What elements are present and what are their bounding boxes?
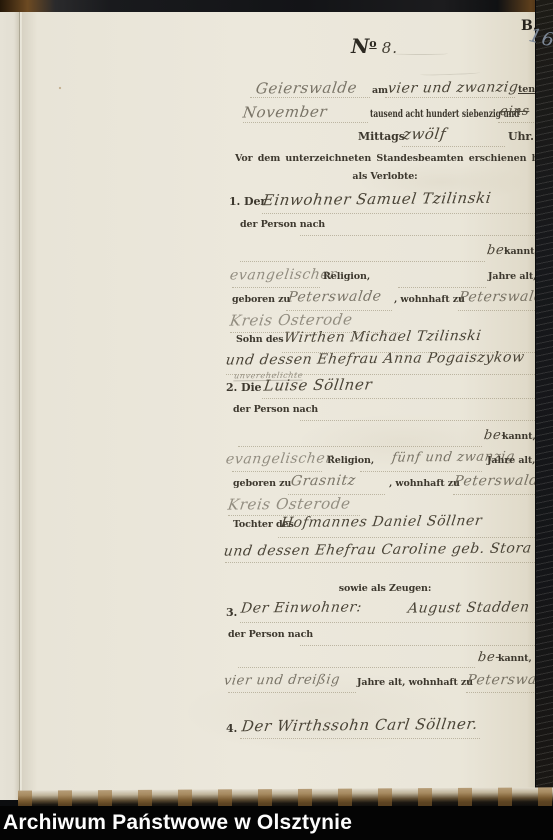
printed-person-nach-2: der Person nach bbox=[233, 404, 318, 415]
numero-sign-n: N bbox=[351, 34, 369, 58]
handwritten-groom-name: Einwohner Samuel Tzilinski bbox=[262, 189, 493, 209]
printed-kannt-2: kannt, bbox=[502, 431, 536, 442]
ruled-line bbox=[453, 493, 535, 495]
previous-page-edge bbox=[0, 12, 20, 800]
ruled-line bbox=[398, 286, 486, 288]
ruled-line bbox=[232, 286, 320, 288]
handwritten-bride-religion: evangelischer bbox=[225, 450, 334, 467]
printed-religion-2: Religion, bbox=[327, 455, 374, 466]
printed-uhr-label: Uhr. bbox=[508, 130, 534, 143]
printed-jahre-alt-2: Jahre alt, bbox=[487, 455, 535, 466]
printed-verlobte-label: als Verlobte: bbox=[235, 171, 535, 182]
ruled-line bbox=[232, 470, 322, 472]
ruled-line bbox=[240, 737, 480, 739]
ruled-line bbox=[282, 351, 535, 353]
handwritten-bride-birthplace: Grasnitz bbox=[290, 473, 357, 490]
handwritten-groom-religion: evangelischer bbox=[229, 266, 338, 283]
archive-watermark-bar: Archiwum Państwowe w Olsztynie bbox=[0, 806, 553, 840]
ruled-line bbox=[458, 309, 535, 311]
printed-geboren-zu-2: geboren zu bbox=[233, 478, 291, 489]
ruled-line bbox=[228, 691, 356, 693]
handwritten-witness1-name: August Stadden bbox=[407, 599, 531, 616]
ruled-line bbox=[228, 514, 360, 516]
handwritten-bride-name: Luise Söllner bbox=[263, 375, 374, 394]
printed-item2-number: 2. bbox=[226, 381, 237, 394]
handwritten-year-word: eins bbox=[499, 104, 530, 119]
printed-am-label: am bbox=[372, 85, 388, 96]
handwritten-witness1-age: vier und dreißig bbox=[223, 672, 341, 688]
ruled-line bbox=[226, 373, 535, 375]
printed-jahre-alt-1: Jahre alt, bbox=[488, 271, 536, 282]
ruled-line bbox=[250, 96, 370, 98]
book-cover-right-edge bbox=[535, 0, 553, 808]
ruled-line bbox=[498, 121, 536, 123]
handwritten-day: vier und zwanzig bbox=[387, 79, 520, 96]
handwritten-witness2-line: Der Wirthssohn Carl Söllner. bbox=[241, 715, 480, 735]
ruled-line bbox=[360, 470, 482, 472]
printed-jahre-wohnhaft: Jahre alt, wohnhaft zu bbox=[357, 677, 473, 688]
ruled-line bbox=[262, 397, 535, 399]
ruled-line bbox=[225, 561, 535, 563]
ruled-line bbox=[238, 445, 482, 447]
printed-wohnhaft-zu-2: , wohnhaft zu bbox=[389, 478, 460, 489]
ruled-line bbox=[300, 234, 535, 236]
ruled-line bbox=[288, 493, 385, 495]
ruled-line bbox=[240, 621, 535, 623]
handwritten-month: November bbox=[242, 103, 329, 122]
numero-sign-o: o bbox=[369, 37, 376, 50]
printed-kannt-3: kannt, bbox=[498, 653, 532, 664]
record-number: No 8. bbox=[351, 34, 398, 58]
ruled-line bbox=[385, 96, 515, 98]
ruled-line bbox=[262, 212, 535, 214]
ruled-line bbox=[402, 145, 505, 147]
printed-kannt-1: kannt, bbox=[504, 246, 538, 257]
printed-ten-suffix: ten bbox=[518, 84, 535, 95]
ruled-line bbox=[278, 536, 535, 538]
handwritten-registry-place: Geierswalde bbox=[255, 78, 359, 97]
ruled-line bbox=[243, 121, 368, 123]
ruled-line bbox=[286, 309, 392, 311]
record-number-value: 8. bbox=[382, 39, 398, 57]
printed-zeugen-label: sowie als Zeugen: bbox=[235, 583, 535, 594]
ruled-line bbox=[300, 644, 535, 646]
ruled-line bbox=[300, 419, 535, 421]
handwritten-hour: zwölf bbox=[402, 125, 448, 143]
handwritten-groom-birthplace: Peterswalde bbox=[287, 289, 383, 306]
handwritten-bride-mother: und dessen Ehefrau Caroline geb. Stora bbox=[223, 540, 533, 559]
printed-mittags-label: Mittags bbox=[358, 130, 405, 143]
printed-die-label: Die bbox=[241, 381, 261, 394]
printed-intro-line: Vor dem unterzeichneten Standesbeamten e… bbox=[235, 153, 535, 164]
printed-item4-number: 4. bbox=[226, 722, 237, 735]
printed-geboren-zu-1: geboren zu bbox=[232, 294, 290, 305]
handwritten-bride-kreis: Kreis Osterode bbox=[227, 494, 352, 513]
printed-religion-1: Religion, bbox=[323, 271, 370, 282]
archive-watermark-text: Archiwum Państwowe w Olsztynie bbox=[3, 811, 352, 835]
record-number-underline bbox=[393, 52, 448, 55]
ruled-line bbox=[238, 666, 475, 668]
handwritten-witness1-occupation: Der Einwohner: bbox=[240, 599, 363, 616]
printed-wohnhaft-zu-1: , wohnhaft zu bbox=[394, 294, 465, 305]
printed-person-nach-3: der Person nach bbox=[228, 629, 313, 640]
ruled-line bbox=[466, 691, 536, 693]
ruled-line bbox=[230, 331, 400, 333]
printed-item3-number: 3. bbox=[226, 606, 237, 619]
ruled-line bbox=[240, 260, 485, 262]
printed-year-label: tausend acht hundert siebenzig und bbox=[370, 109, 519, 120]
printed-item1-number: 1. bbox=[229, 195, 240, 208]
printed-sohn-des: Sohn des bbox=[236, 334, 284, 345]
handwritten-groom-kreis: Kreis Osterode bbox=[229, 310, 354, 329]
printed-person-nach-1: der Person nach bbox=[240, 219, 325, 230]
